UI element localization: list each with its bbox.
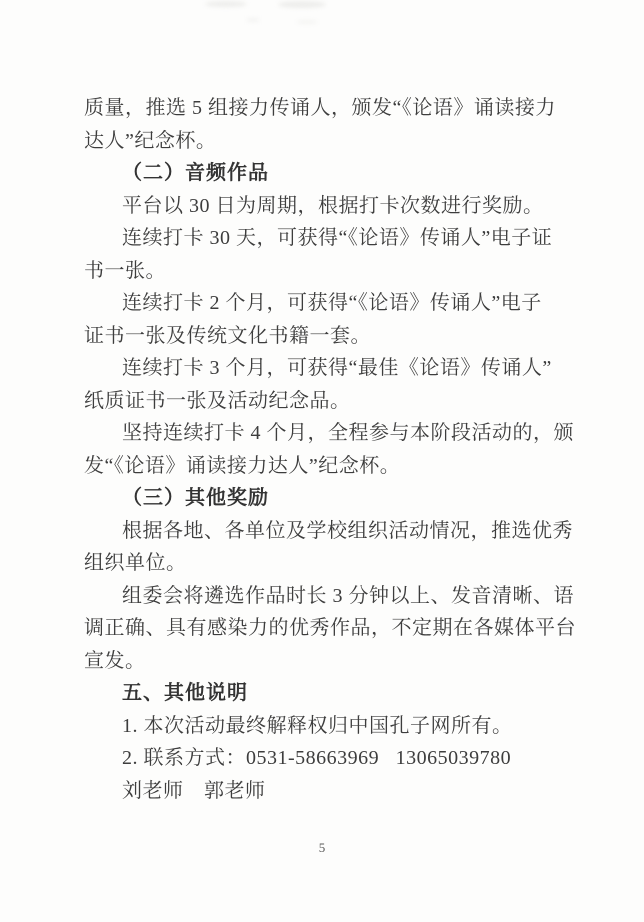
- text-line: 发“《论语》诵读接力达人”纪念杯。: [84, 450, 560, 483]
- text-line: 调正确、具有感染力的优秀作品，不定期在各媒体平台: [84, 612, 560, 645]
- text-line: 质量，推选 5 组接力传诵人，颁发“《论语》诵读接力: [84, 92, 560, 125]
- text-line-contact-numbers: 2. 联系方式：0531-58663969 13065039780: [84, 742, 560, 775]
- text-line: 证书一张及传统文化书籍一套。: [84, 320, 560, 353]
- scan-smudge: [296, 20, 318, 24]
- section-heading-other-awards: （三）其他奖励: [84, 482, 560, 515]
- text-line: 连续打卡 30 天，可获得“《论语》传诵人”电子证: [84, 222, 560, 255]
- text-line: 书一张。: [84, 255, 560, 288]
- text-line: 宣发。: [84, 645, 560, 678]
- text-line: 坚持连续打卡 4 个月，全程参与本阶段活动的，颁: [84, 417, 560, 450]
- section-heading-audio-works: （二）音频作品: [84, 157, 560, 190]
- document-body: 质量，推选 5 组接力传诵人，颁发“《论语》诵读接力 达人”纪念杯。 （二）音频…: [84, 92, 560, 807]
- document-page: 质量，推选 5 组接力传诵人，颁发“《论语》诵读接力 达人”纪念杯。 （二）音频…: [0, 0, 644, 922]
- text-line-contact-names: 刘老师 郭老师: [84, 775, 560, 808]
- text-line: 根据各地、各单位及学校组织活动情况，推选优秀: [84, 515, 560, 548]
- section-heading-other-notes: 五、其他说明: [84, 677, 560, 710]
- text-line: 连续打卡 3 个月，可获得“最佳《论语》传诵人”: [84, 352, 560, 385]
- scan-smudge: [278, 1, 326, 8]
- text-line: 达人”纪念杯。: [84, 125, 560, 158]
- text-line: 组委会将遴选作品时长 3 分钟以上、发音清晰、语: [84, 580, 560, 613]
- text-line-disclaimer: 1. 本次活动最终解释权归中国孔子网所有。: [84, 710, 560, 743]
- scan-smudge: [246, 18, 260, 22]
- scan-smudge: [205, 1, 247, 7]
- text-line: 纸质证书一张及活动纪念品。: [84, 385, 560, 418]
- page-number: 5: [0, 840, 644, 856]
- text-line: 平台以 30 日为周期，根据打卡次数进行奖励。: [84, 190, 560, 223]
- text-line: 连续打卡 2 个月，可获得“《论语》传诵人”电子: [84, 287, 560, 320]
- text-line: 组织单位。: [84, 547, 560, 580]
